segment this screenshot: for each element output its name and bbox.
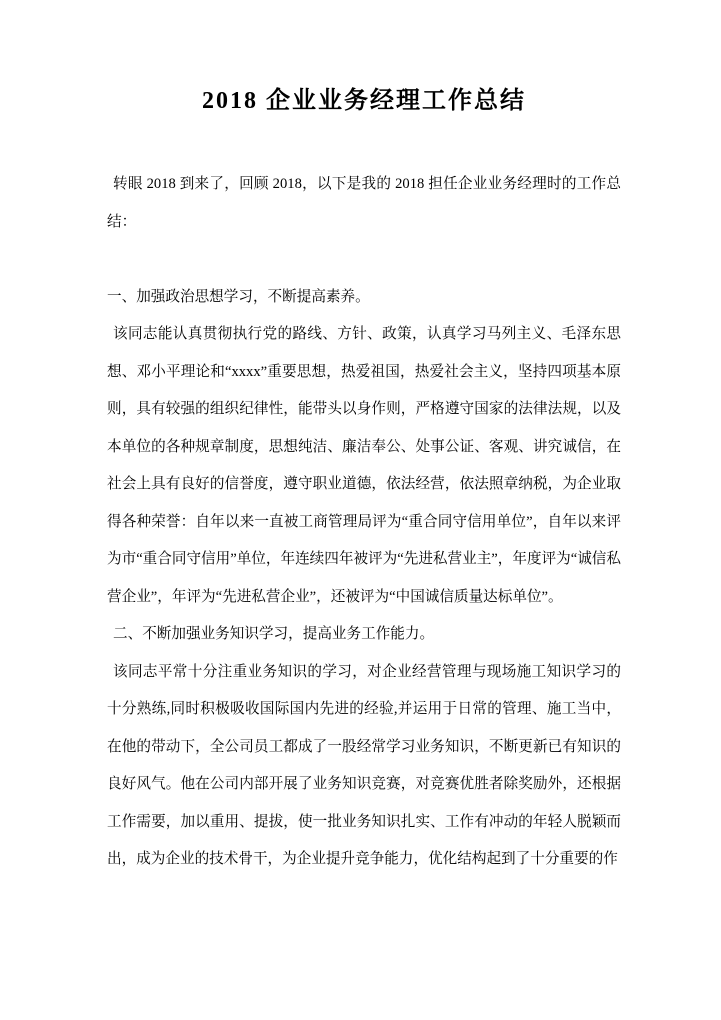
section-1-body: 该同志能认真贯彻执行党的路线、方针、政策，认真学习马列主义、毛泽东思想、邓小平理… [107,316,621,616]
section-1-heading: 一、加强政治思想学习，不断提高素养。 [107,279,621,317]
document-page: 2018 企业业务经理工作总结 转眼 2018 到来了，回顾 2018，以下是我… [0,0,721,1020]
section-2-heading: 二、不断加强业务知识学习，提高业务工作能力。 [107,616,621,654]
intro-paragraph: 转眼 2018 到来了，回顾 2018，以下是我的 2018 担任企业业务经理时… [107,166,621,241]
document-title: 2018 企业业务经理工作总结 [107,84,621,118]
section-2-body: 该同志平常十分注重业务知识的学习，对企业经营管理与现场施工知识学习的十分熟练,同… [107,654,621,879]
blank-line [107,241,621,279]
